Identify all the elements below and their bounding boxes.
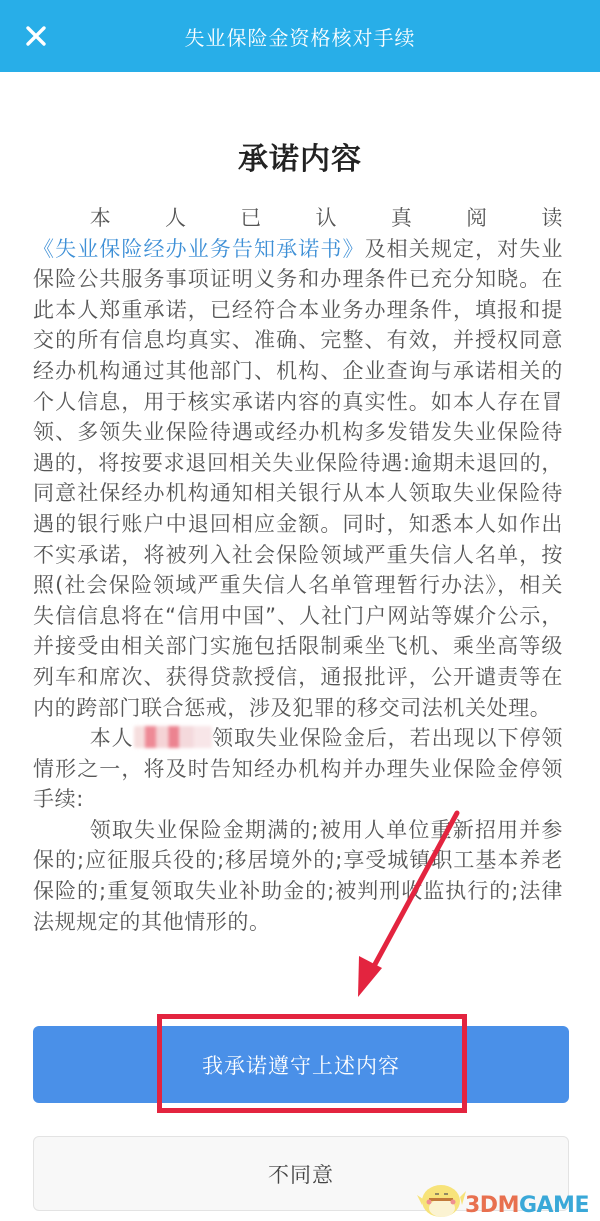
- close-button[interactable]: [18, 18, 54, 54]
- pledge-document-link[interactable]: 《失业保险经办业务告知承诺书》: [33, 237, 365, 261]
- disagree-button[interactable]: 不同意: [33, 1136, 569, 1211]
- pledge-paragraph-3: 领取失业保险金期满的;被用人单位重新招用并参保的;应征服兵役的;移居境外的;享受…: [33, 815, 563, 937]
- pledge-content: 本人已认真阅读 《失业保险经办业务告知承诺书》及相关规定，对失业保险公共服务事项…: [33, 203, 563, 937]
- paragraph-lead: 本人: [90, 726, 134, 750]
- close-icon: [25, 25, 47, 47]
- top-bar: 失业保险金资格核对手续: [0, 0, 600, 72]
- paragraph-body: 领取失业保险金期满的;被用人单位重新招用并参保的;应征服兵役的;移居境外的;享受…: [33, 818, 563, 934]
- app-screen: 失业保险金资格核对手续 承诺内容 本人已认真阅读 《失业保险经办业务告知承诺书》…: [0, 0, 600, 1221]
- paragraph-lead: 本人已认真阅读: [90, 206, 563, 230]
- page-title: 承诺内容: [0, 140, 600, 180]
- agree-pledge-button[interactable]: 我承诺遵守上述内容: [33, 1026, 569, 1103]
- pledge-paragraph-2: 本人领取失业保险金后，若出现以下停领情形之一，将及时告知经办机构并办理失业保险金…: [33, 723, 563, 815]
- redacted-name: [134, 726, 212, 748]
- pledge-paragraph-1: 本人已认真阅读 《失业保险经办业务告知承诺书》及相关规定，对失业保险公共服务事项…: [33, 203, 563, 723]
- paragraph-body: 及相关规定，对失业保险公共服务事项证明义务和办理条件已充分知晓。在此本人郑重承诺…: [33, 237, 563, 720]
- header-title: 失业保险金资格核对手续: [185, 22, 416, 51]
